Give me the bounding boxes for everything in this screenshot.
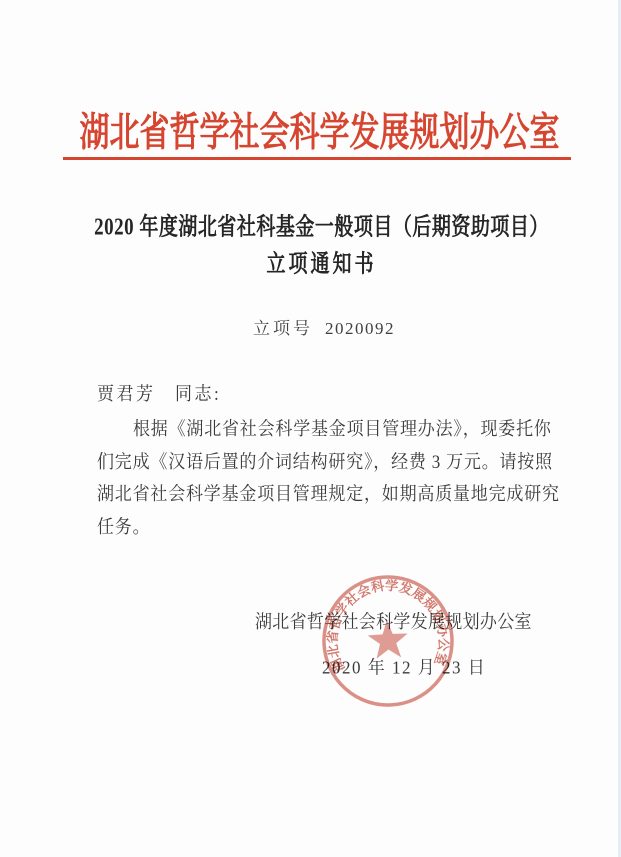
body-line: 根据《湖北省社会科学基金项目管理办法》，现委托你 (133, 413, 552, 441)
letter-page: 湖北省哲学社会科学发展规划办公室 2020 年度湖北省社科基金一般项目（后期资助… (0, 0, 621, 857)
seal-star (367, 619, 409, 659)
document-title-line1: 2020 年度湖北省社科基金一般项目（后期资助项目） (0, 208, 621, 242)
body-line: 湖北省社会科学基金项目管理规定，如期高质量地完成研究 (97, 478, 560, 506)
body-line: 们完成《汉语后置的介词结构研究》，经费 3 万元。请按照 (97, 446, 553, 474)
project-number-line: 立项号2020092 (0, 314, 621, 339)
letterhead-org-name: 湖北省哲学社会科学发展规划办公室 (0, 99, 621, 158)
project-number-value: 2020092 (325, 319, 395, 338)
recipient-salutation: 贾君芳 同志: (97, 378, 221, 406)
body-line: 任务。 (97, 511, 150, 539)
project-number-label: 立项号 (253, 319, 313, 338)
document-title-line2: 立项通知书 (0, 245, 621, 279)
official-seal: 湖北省哲学社会科学发展规划办公室 (309, 562, 467, 720)
letterhead-rule (63, 157, 571, 160)
